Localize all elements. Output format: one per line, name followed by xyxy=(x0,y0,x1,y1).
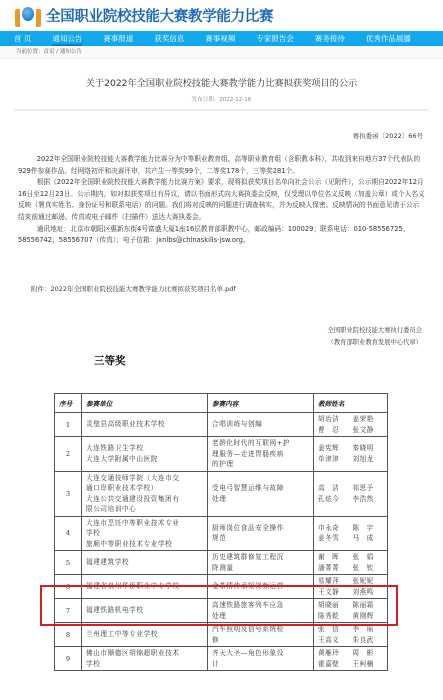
row-content: 汽车照明及信号系统检修 xyxy=(208,623,314,647)
nav-item-awards[interactable]: 获奖信息 xyxy=(154,31,184,46)
main-nav: 首 页 通知公告 赛事报道 获奖信息 赛事视频 专家报告会 赛务接待 优秀作品展… xyxy=(0,31,443,46)
unit-line: 灵璧县高级职业技术学校 xyxy=(86,419,203,430)
row-content: 高速铁路旅客列车应急处理 xyxy=(208,599,314,623)
nav-item-videos[interactable]: 赛事视频 xyxy=(205,31,235,46)
content-line: 齐天大圣—角色形象设 xyxy=(212,648,309,659)
content-line: 计 xyxy=(212,659,309,670)
column-header-unit: 参赛单位 xyxy=(82,394,208,413)
row-unit: 福建铁路机电学校 xyxy=(82,599,208,623)
unit-line: 大连公共交通建设投资集团有 xyxy=(86,494,203,505)
teacher-name: 陈 宇 xyxy=(353,523,384,534)
body-paragraph-summary: 2022年全国职业院校技能大赛教学能力比赛分为中等职业教育组、高等职业教育组（含… xyxy=(0,154,443,177)
row-content: 齐天大圣—角色形象设计 xyxy=(208,647,314,671)
unit-line: 限公司培训中心 xyxy=(86,504,203,515)
content-line: 规范 xyxy=(212,533,309,544)
table-row: 4大连市烹饪中等职业技术专业学校旅顺中等职业技术专业学校厨师岗位食品安全操作规范… xyxy=(55,516,388,551)
title-divider xyxy=(14,109,429,111)
table-row: 2大连铁路卫生学校大连大学附属中山医院老龄化时代的互联网+护理服务—走进胃肠疾病… xyxy=(55,437,388,472)
teacher-name: 李 瑶 xyxy=(353,624,384,635)
unit-line: 大连铁路卫生学校 xyxy=(86,443,203,454)
row-teachers: 谢 晖张 娟潘菁菁张 钦 xyxy=(314,551,388,575)
teacher-name: 姜宪辉 xyxy=(318,443,349,454)
row-teachers: 黄雁玲周 彬霍嘉壁王柯楠 xyxy=(314,647,388,671)
teacher-name: 王柯楠 xyxy=(353,659,384,670)
unit-line: 兰州理工中等专业学校 xyxy=(86,629,203,640)
teacher-name: 张 娟 xyxy=(353,552,384,563)
row-unit: 福建省泉州华侨职业中专学校 xyxy=(82,575,208,599)
teacher-name: 刘旭龙 xyxy=(353,454,384,465)
row-content: 老龄化时代的互联网+护理服务—走进胃肠疾病的护理 xyxy=(208,437,314,472)
teacher-name: 朱良武 xyxy=(353,635,384,646)
content-line: 老龄化时代的互联网+护 xyxy=(212,438,309,449)
teacher-name: 张 信 xyxy=(318,624,349,635)
teacher-name: 单津津 xyxy=(318,454,349,465)
nav-item-notices[interactable]: 通知公告 xyxy=(52,31,82,46)
row-content: 合唱训练与创编 xyxy=(208,413,314,437)
row-teachers: 姜宪辉秦晓明单津津刘旭龙 xyxy=(314,437,388,472)
table-row: 3大连交通技师学院（大连市交通口岸职业技术学校）大连公共交通建设投资集团有限公司… xyxy=(55,471,388,516)
row-teachers: 高 洁祁思予孔炫今李浩然 xyxy=(314,471,388,516)
teacher-name: 曹 忍 xyxy=(318,425,349,436)
unit-line: 大连交通技师学院（大连市交 xyxy=(86,473,203,484)
row-unit: 兰州理工中等专业学校 xyxy=(82,623,208,647)
publish-date: 发布日期：2022-12-16 xyxy=(0,95,443,103)
teacher-name: 刘燕鸣 xyxy=(353,587,384,598)
award-heading: 三等奖 xyxy=(0,353,443,368)
row-content: 受电弓智慧运维与故障处理 xyxy=(208,471,314,516)
unit-line: 旅顺中等职业技术专业学校 xyxy=(86,539,203,550)
row-unit: 福建建筑学校 xyxy=(82,551,208,575)
table-row: 6福建省泉州华侨职业中专学校金茶情传承短视频运营易耀萍张妮妮王文静刘燕鸣 xyxy=(55,575,388,599)
teacher-name: 易耀萍 xyxy=(318,576,349,587)
teacher-name: 王高义 xyxy=(318,635,349,646)
table-row: 5福建建筑学校历史建筑群修复工程沉降测量谢 晖张 娟潘菁菁张 钦 xyxy=(55,551,388,575)
table-row: 9佛山市顺德区胡锦超职业技术学校齐天大圣—角色形象设计黄雁玲周 彬霍嘉壁王柯楠 xyxy=(55,647,388,671)
unit-line: 大连大学附属中山医院 xyxy=(86,454,203,465)
teacher-name: 潘菁菁 xyxy=(318,563,349,574)
attachment-link[interactable]: 附件：2022年全国职业院校技能大赛教学能力比赛拟获奖项目名单.pdf xyxy=(0,284,443,293)
row-teachers: 申永奇陈 宇姜冬雪马 成 xyxy=(314,516,388,551)
teacher-name: 高 洁 xyxy=(318,483,349,494)
teacher-name: 王文静 xyxy=(318,587,349,598)
teacher-name: 张文静 xyxy=(353,425,384,436)
site-header: 全国职业院校技能大赛教学能力比赛 xyxy=(0,0,443,31)
teacher-name: 胡晓丽 xyxy=(318,600,349,611)
unit-line: 学校 xyxy=(86,659,203,670)
row-content: 厨师岗位食品安全操作规范 xyxy=(208,516,314,551)
teacher-name: 祁思予 xyxy=(353,483,384,494)
content-line: 处理 xyxy=(212,494,309,505)
row-number: 2 xyxy=(55,437,82,472)
row-unit: 大连交通技师学院（大连市交通口岸职业技术学校）大连公共交通建设投资集团有限公司培… xyxy=(82,471,208,516)
row-unit: 大连铁路卫生学校大连大学附属中山医院 xyxy=(82,437,208,472)
article-title: 关于2022年全国职业院校技能大赛教学能力比赛拟获奖项目的公示 xyxy=(0,75,443,89)
teacher-name: 黄刚辉 xyxy=(353,611,384,622)
site-title[interactable]: 全国职业院校技能大赛教学能力比赛 xyxy=(46,5,273,26)
row-teachers: 胡晓丽陈丽霜陈秀乾黄刚辉 xyxy=(314,599,388,623)
row-unit: 大连市烹饪中等职业技术专业学校旅顺中等职业技术专业学校 xyxy=(82,516,208,551)
row-number: 1 xyxy=(55,413,82,437)
unit-line: 大连市烹饪中等职业技术专业 xyxy=(86,518,203,529)
column-header-number: 序号 xyxy=(55,394,82,413)
row-content: 历史建筑群修复工程沉降测量 xyxy=(208,551,314,575)
signature-org: 全国职业院校技能大赛执行委员会 xyxy=(0,325,443,337)
signature-sub: （教育部职业教育发展中心代章） xyxy=(0,337,443,349)
content-line: 厨师岗位食品安全操作 xyxy=(212,523,309,534)
row-teachers: 胡冶洁姜荣艳曹 忍张文静 xyxy=(314,413,388,437)
row-teachers: 张 信李 瑶王高义朱良武 xyxy=(314,623,388,647)
content-line: 处理 xyxy=(212,611,309,622)
row-number: 7 xyxy=(55,599,82,623)
teacher-name: 周 彬 xyxy=(353,648,384,659)
unit-line: 福建建筑学校 xyxy=(86,557,203,568)
row-number: 4 xyxy=(55,516,82,551)
awards-table: 序号 参赛单位 参赛内容 教师姓名 1灵璧县高级职业技术学校合唱训练与创编胡冶洁… xyxy=(54,393,388,671)
table-row: 1灵璧县高级职业技术学校合唱训练与创编胡冶洁姜荣艳曹 忍张文静 xyxy=(55,413,388,437)
content-line: 降测量 xyxy=(212,563,309,574)
teacher-name: 姜冬雪 xyxy=(318,533,349,544)
row-number: 3 xyxy=(55,471,82,516)
teacher-name: 谢 晖 xyxy=(318,552,349,563)
row-number: 6 xyxy=(55,575,82,599)
content-line: 金茶情传承短视频运营 xyxy=(212,581,309,592)
unit-line: 佛山市顺德区胡锦超职业技术 xyxy=(86,648,203,659)
row-number: 8 xyxy=(55,623,82,647)
content-line: 高速铁路旅客列车应急 xyxy=(212,600,309,611)
teacher-name: 张 钦 xyxy=(353,563,384,574)
content-line: 历史建筑群修复工程沉 xyxy=(212,552,309,563)
row-number: 9 xyxy=(55,647,82,671)
teacher-name: 孔炫今 xyxy=(318,494,349,505)
body-paragraph-notice: 根据《2022年全国职业院校技能大赛教学能力比赛方案》要求，现将拟获奖项目名单向… xyxy=(0,177,443,223)
nav-item-showcase[interactable]: 优秀作品展播 xyxy=(366,31,411,46)
teacher-name: 申永奇 xyxy=(318,523,349,534)
unit-line: 学校 xyxy=(86,528,203,539)
teacher-name: 黄雁玲 xyxy=(318,648,349,659)
content-line: 受电弓智慧运维与故障 xyxy=(212,483,309,494)
document-number: 赛执委函〔2022〕66号 xyxy=(0,131,443,140)
content-line: 汽车照明及信号系统检 xyxy=(212,624,309,635)
column-header-teachers: 教师姓名 xyxy=(314,394,388,413)
row-content: 金茶情传承短视频运营 xyxy=(208,575,314,599)
teacher-name: 马 成 xyxy=(353,533,384,544)
nav-item-home[interactable]: 首 页 xyxy=(14,31,31,46)
row-unit: 佛山市顺德区胡锦超职业技术学校 xyxy=(82,647,208,671)
row-unit: 灵璧县高级职业技术学校 xyxy=(82,413,208,437)
unit-line: 福建省泉州华侨职业中专学校 xyxy=(86,581,203,592)
teacher-name: 霍嘉壁 xyxy=(318,659,349,670)
row-teachers: 易耀萍张妮妮王文静刘燕鸣 xyxy=(314,575,388,599)
unit-line: 福建铁路机电学校 xyxy=(86,605,203,616)
breadcrumb: 当前位置：首页 / 通知公告 xyxy=(0,46,443,59)
nav-item-reception[interactable]: 赛务接待 xyxy=(315,31,345,46)
content-line: 的护理 xyxy=(212,459,309,470)
teacher-name: 陈丽霜 xyxy=(353,600,384,611)
book-globe-logo-icon[interactable] xyxy=(15,5,41,27)
row-number: 5 xyxy=(55,551,82,575)
nav-item-news[interactable]: 赛事报道 xyxy=(103,31,133,46)
table-row: 8兰州理工中等专业学校汽车照明及信号系统检修张 信李 瑶王高义朱良武 xyxy=(55,623,388,647)
table-header-row: 序号 参赛单位 参赛内容 教师姓名 xyxy=(55,394,388,413)
teacher-name: 张妮妮 xyxy=(353,576,384,587)
body-paragraph-contact: 通讯地址：北京市朝阳区惠新东街4号富盛大厦1座16层教育部职教中心，邮政编码：1… xyxy=(0,224,443,247)
teacher-name: 胡冶洁 xyxy=(318,414,349,425)
teacher-name: 李浩然 xyxy=(353,494,384,505)
content-line: 合唱训练与创编 xyxy=(212,419,309,430)
unit-line: 通口岸职业技术学校） xyxy=(86,483,203,494)
teacher-name: 姜荣艳 xyxy=(353,414,384,425)
teacher-name: 陈秀乾 xyxy=(318,611,349,622)
column-header-content: 参赛内容 xyxy=(208,394,314,413)
content-line: 理服务—走进胃肠疾病 xyxy=(212,449,309,460)
nav-item-expert-talks[interactable]: 专家报告会 xyxy=(256,31,294,46)
table-row: 7福建铁路机电学校高速铁路旅客列车应急处理胡晓丽陈丽霜陈秀乾黄刚辉 xyxy=(55,599,388,623)
teacher-name: 秦晓明 xyxy=(353,443,384,454)
content-line: 修 xyxy=(212,635,309,646)
